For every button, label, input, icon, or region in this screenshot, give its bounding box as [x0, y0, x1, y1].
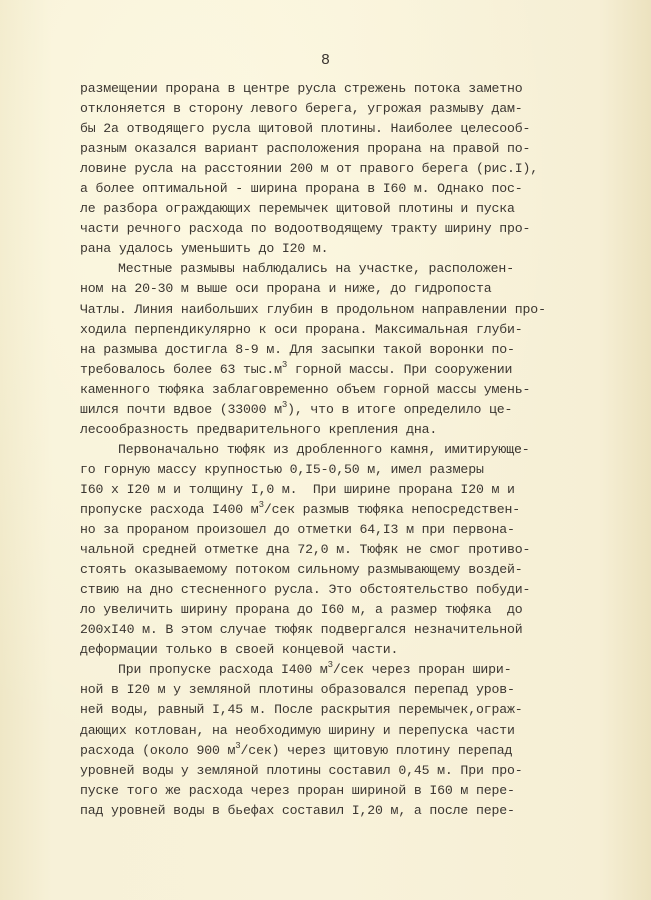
- text-line: рана удалось уменьшить до I20 м.: [80, 239, 600, 259]
- text-line: ном на 20-30 м выше оси прорана и ниже, …: [80, 279, 600, 299]
- text-line: го горную массу крупностью 0,I5-0,50 м, …: [80, 460, 600, 480]
- paper-page: 8 размещении прорана в центре русла стре…: [0, 0, 651, 900]
- text-line: лесообразность предварительного креплени…: [80, 420, 600, 440]
- page-number: 8: [0, 52, 651, 69]
- text-line: 200xI40 м. В этом случае тюфяк подвергал…: [80, 620, 600, 640]
- text-line: а более оптимальной - ширина прорана в I…: [80, 179, 600, 199]
- text-line: требовалось более 63 тыс.м3 горной массы…: [80, 360, 600, 380]
- text-line: ходила перпендикулярно к оси прорана. Ма…: [80, 320, 600, 340]
- text-line: на размыва достигла 8-9 м. Для засыпки т…: [80, 340, 600, 360]
- text-line: части речного расхода по водоотводящему …: [80, 219, 600, 239]
- text-line: ствию на дно стесненного русла. Это обст…: [80, 580, 600, 600]
- text-line: пуске того же расхода через проран ширин…: [80, 781, 600, 801]
- document-body: размещении прорана в центре русла стреже…: [80, 79, 600, 821]
- text-line: Местные размывы наблюдались на участке, …: [80, 259, 600, 279]
- text-line: При пропуске расхода I400 м3/сек через п…: [80, 660, 600, 680]
- text-line: ловине русла на расстоянии 200 м от прав…: [80, 159, 600, 179]
- text-line: стоять оказываемому потоком сильному раз…: [80, 560, 600, 580]
- text-line: Первоначально тюфяк из дробленного камня…: [80, 440, 600, 460]
- text-line: каменного тюфяка заблаговременно объем г…: [80, 380, 600, 400]
- text-line: ной в I20 м у земляной плотины образовал…: [80, 680, 600, 700]
- text-line: ле разбора ограждающих перемычек щитовой…: [80, 199, 600, 219]
- text-line: уровней воды у земляной плотины составил…: [80, 761, 600, 781]
- text-line: отклоняется в сторону левого берега, угр…: [80, 99, 600, 119]
- text-line: ней воды, равный I,45 м. После раскрытия…: [80, 700, 600, 720]
- text-line: пропуске расхода I400 м3/сек размыв тюфя…: [80, 500, 600, 520]
- text-line: пад уровней воды в бьефах составил I,20 …: [80, 801, 600, 821]
- text-line: разным оказался вариант расположения про…: [80, 139, 600, 159]
- text-line: ло увеличить ширину прорана до I60 м, а …: [80, 600, 600, 620]
- text-line: чальной средней отметке дна 72,0 м. Тюфя…: [80, 540, 600, 560]
- text-line: бы 2а отводящего русла щитовой плотины. …: [80, 119, 600, 139]
- text-line: размещении прорана в центре русла стреже…: [80, 79, 600, 99]
- text-line: деформации только в своей концевой части…: [80, 640, 600, 660]
- text-line: I60 x I20 м и толщину I,0 м. При ширине …: [80, 480, 600, 500]
- text-line: Чатлы. Линия наибольших глубин в продоль…: [80, 300, 600, 320]
- text-line: шился почти вдвое (33000 м3), что в итог…: [80, 400, 600, 420]
- text-line: дающих котлован, на необходимую ширину и…: [80, 721, 600, 741]
- text-line: расхода (около 900 м3/сек) через щитовую…: [80, 741, 600, 761]
- text-line: но за прораном произошел до отметки 64,I…: [80, 520, 600, 540]
